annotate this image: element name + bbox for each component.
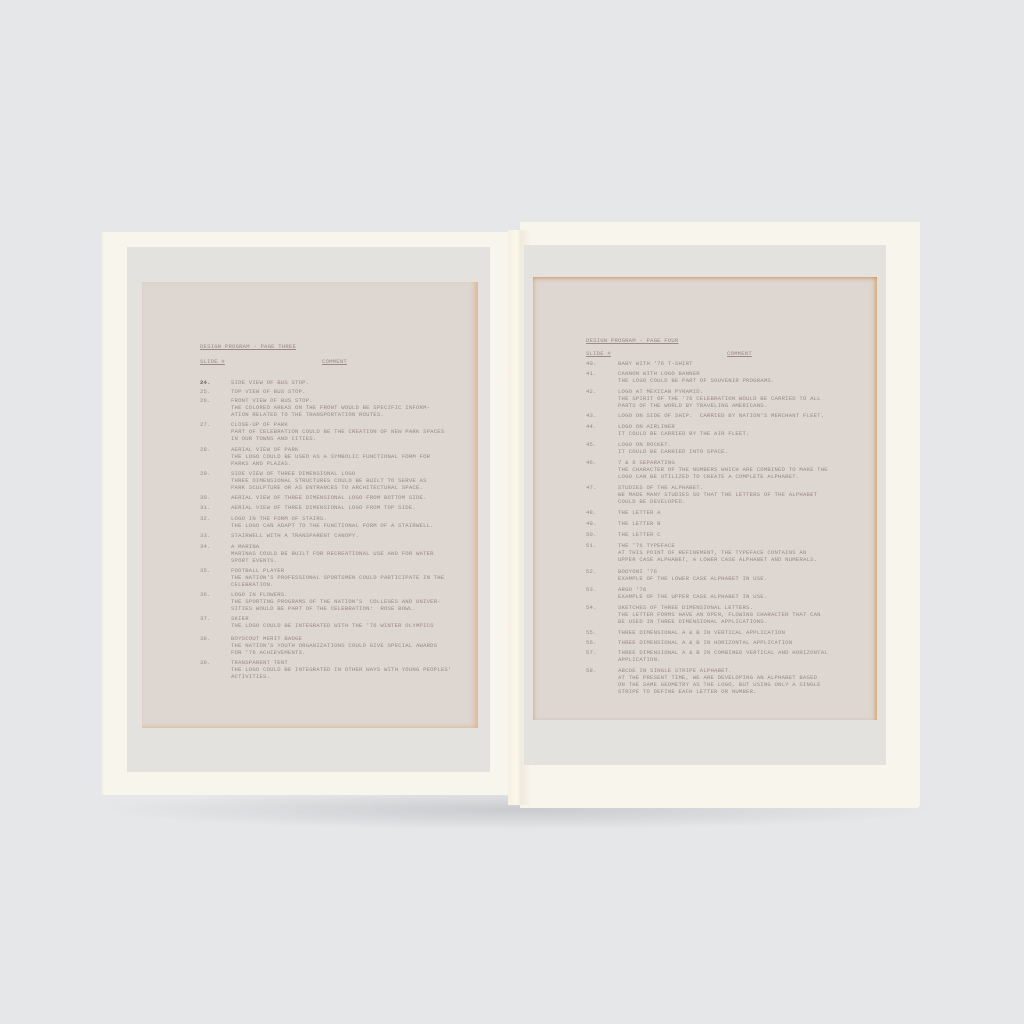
column-header-slide: SLIDE # — [200, 358, 225, 365]
slide-comment: SIDE VIEW OF BUS STOP. — [231, 379, 309, 386]
slide-number: 33. — [200, 532, 211, 539]
slide-comment: LOGO ON ROCKET. IT COULD BE CARRIED INTO… — [618, 441, 728, 455]
slide-comment: TRANSPARENT TENT THE LOGO COULD BE INTEG… — [231, 659, 452, 680]
slide-comment: CLOSE-UP OF PARK PART OF CELEBRATION COU… — [231, 421, 444, 442]
slide-comment: THE LETTER C — [618, 531, 661, 538]
column-header-comment: COMMENT — [727, 350, 752, 357]
column-header-comment: COMMENT — [322, 358, 347, 365]
slide-number: 58. — [586, 667, 597, 674]
typewritten-sheet-page-four: DESIGN PROGRAM - PAGE FOUR SLIDE # COMME… — [533, 277, 877, 720]
slide-number: 53. — [586, 586, 597, 593]
slide-number: 50. — [586, 531, 597, 538]
slide-comment: LOGO IN FLOWERS. THE SPORTING PROGRAMS O… — [231, 591, 441, 612]
typewritten-sheet-page-three: DESIGN PROGRAM - PAGE THREE SLIDE # COMM… — [142, 282, 478, 728]
slide-number: 32. — [200, 515, 211, 522]
slide-comment: CANNON WITH LOGO BANNER THE LOGO COULD B… — [618, 370, 775, 384]
page-title: DESIGN PROGRAM - PAGE FOUR — [586, 337, 678, 344]
slide-number: 38. — [200, 635, 211, 642]
slide-comment: THE LETTER B — [618, 520, 661, 527]
slide-number: 28. — [200, 446, 211, 453]
slide-comment: A MARINA MARINAS COULD BE BUILT FOR RECR… — [231, 543, 434, 564]
slide-comment: LOGO ON AIRLINER IT COULD BE CARRIED BY … — [618, 423, 750, 437]
slide-number: 51. — [586, 542, 597, 549]
slide-comment: LOGO AT MEXICAN PYRAMID. THE SPIRIT OF T… — [618, 388, 821, 409]
slide-number: 47. — [586, 484, 597, 491]
slide-number: 36. — [200, 591, 211, 598]
slide-comment: THE '76 TYPEFACE AT THIS POINT OF REFINE… — [618, 542, 817, 563]
slide-number: 35. — [200, 567, 211, 574]
slide-number: 40. — [586, 360, 597, 367]
slide-number: 46. — [586, 459, 597, 466]
slide-comment: BODYONI '76 EXAMPLE OF THE LOWER CASE AL… — [618, 568, 767, 582]
slide-number: 25. — [200, 388, 211, 395]
slide-comment: SKETCHES OF THREE DIMENSIONAL LETTERS. T… — [618, 604, 821, 625]
slide-number: 56. — [586, 639, 597, 646]
slide-number: 30. — [200, 494, 211, 501]
slide-comment: BOYSCOUT MERIT BADGE THE NATION'S YOUTH … — [231, 635, 437, 656]
slide-comment: ABCDE IN SINGLE STRIPE ALPHABET. AT THE … — [618, 667, 821, 695]
slide-comment: LOGO ON SIDE OF SHIP. CARRIED BY NATION'… — [618, 412, 824, 419]
page-title: DESIGN PROGRAM - PAGE THREE — [200, 343, 296, 350]
slide-comment: AERIAL VIEW OF PARK THE LOGO COULD BE US… — [231, 446, 430, 467]
slide-number: 39. — [200, 659, 211, 666]
slide-comment: THE LETTER A — [618, 509, 661, 516]
slide-number: 49. — [586, 520, 597, 527]
slide-number: 34. — [200, 543, 211, 550]
slide-comment: ARGO '76 EXAMPLE OF THE UPPER CASE ALPHA… — [618, 586, 767, 600]
slide-number: 54. — [586, 604, 597, 611]
slide-comment: TOP VIEW OF BUS STOP. — [231, 388, 306, 395]
slide-comment: THREE DIMENSIONAL A & B IN COMBINED VERT… — [618, 649, 828, 663]
slide-comment: BABY WITH '76 T-SHIRT — [618, 360, 693, 367]
slide-comment: AERIAL VIEW OF THREE DIMENSIONAL LOGO FR… — [231, 494, 427, 501]
slide-comment: STAIRWELL WITH A TRANSPARENT CANOPY. — [231, 532, 359, 539]
slide-number: 41. — [586, 370, 597, 377]
slide-number: 24. — [200, 379, 211, 386]
slide-number: 27. — [200, 421, 211, 428]
slide-comment: FOOTBALL PLAYER THE NATION'S PROFESSIONA… — [231, 567, 444, 588]
slide-comment: SIDE VIEW OF THREE DIMENSIONAL LOGO THRE… — [231, 470, 427, 491]
slide-number: 37. — [200, 615, 211, 622]
slide-number: 45. — [586, 441, 597, 448]
slide-number: 57. — [586, 649, 597, 656]
slide-number: 26. — [200, 397, 211, 404]
column-header-slide: SLIDE # — [586, 350, 611, 357]
slide-comment: STUDIES OF THE ALPHABET. WE MADE MANY ST… — [618, 484, 817, 505]
slide-comment: LOGO IN THE FORM OF STAIRS. THE LOGO CAN… — [231, 515, 434, 529]
slide-number: 31. — [200, 504, 211, 511]
slide-comment: 7 & 6 SEPARATING THE CHARACTER OF THE NU… — [618, 459, 828, 480]
slide-number: 42. — [586, 388, 597, 395]
slide-comment: SKIER THE LOGO COULD BE INTEGRATED WITH … — [231, 615, 434, 629]
slide-comment: FRONT VIEW OF BUS STOP. THE COLORED AREA… — [231, 397, 430, 418]
slide-number: 43. — [586, 412, 597, 419]
slide-number: 29. — [200, 470, 211, 477]
slide-comment: THREE DIMENSIONAL A & B IN VERTICAL APPL… — [618, 629, 785, 636]
slide-comment: AERIAL VIEW OF THREE DIMENSIONAL LOGO FR… — [231, 504, 416, 511]
slide-comment: THREE DIMENSIONAL A & B IN HORIZONTAL AP… — [618, 639, 792, 646]
slide-number: 52. — [586, 568, 597, 575]
slide-number: 55. — [586, 629, 597, 636]
slide-number: 44. — [586, 423, 597, 430]
slide-number: 48. — [586, 509, 597, 516]
